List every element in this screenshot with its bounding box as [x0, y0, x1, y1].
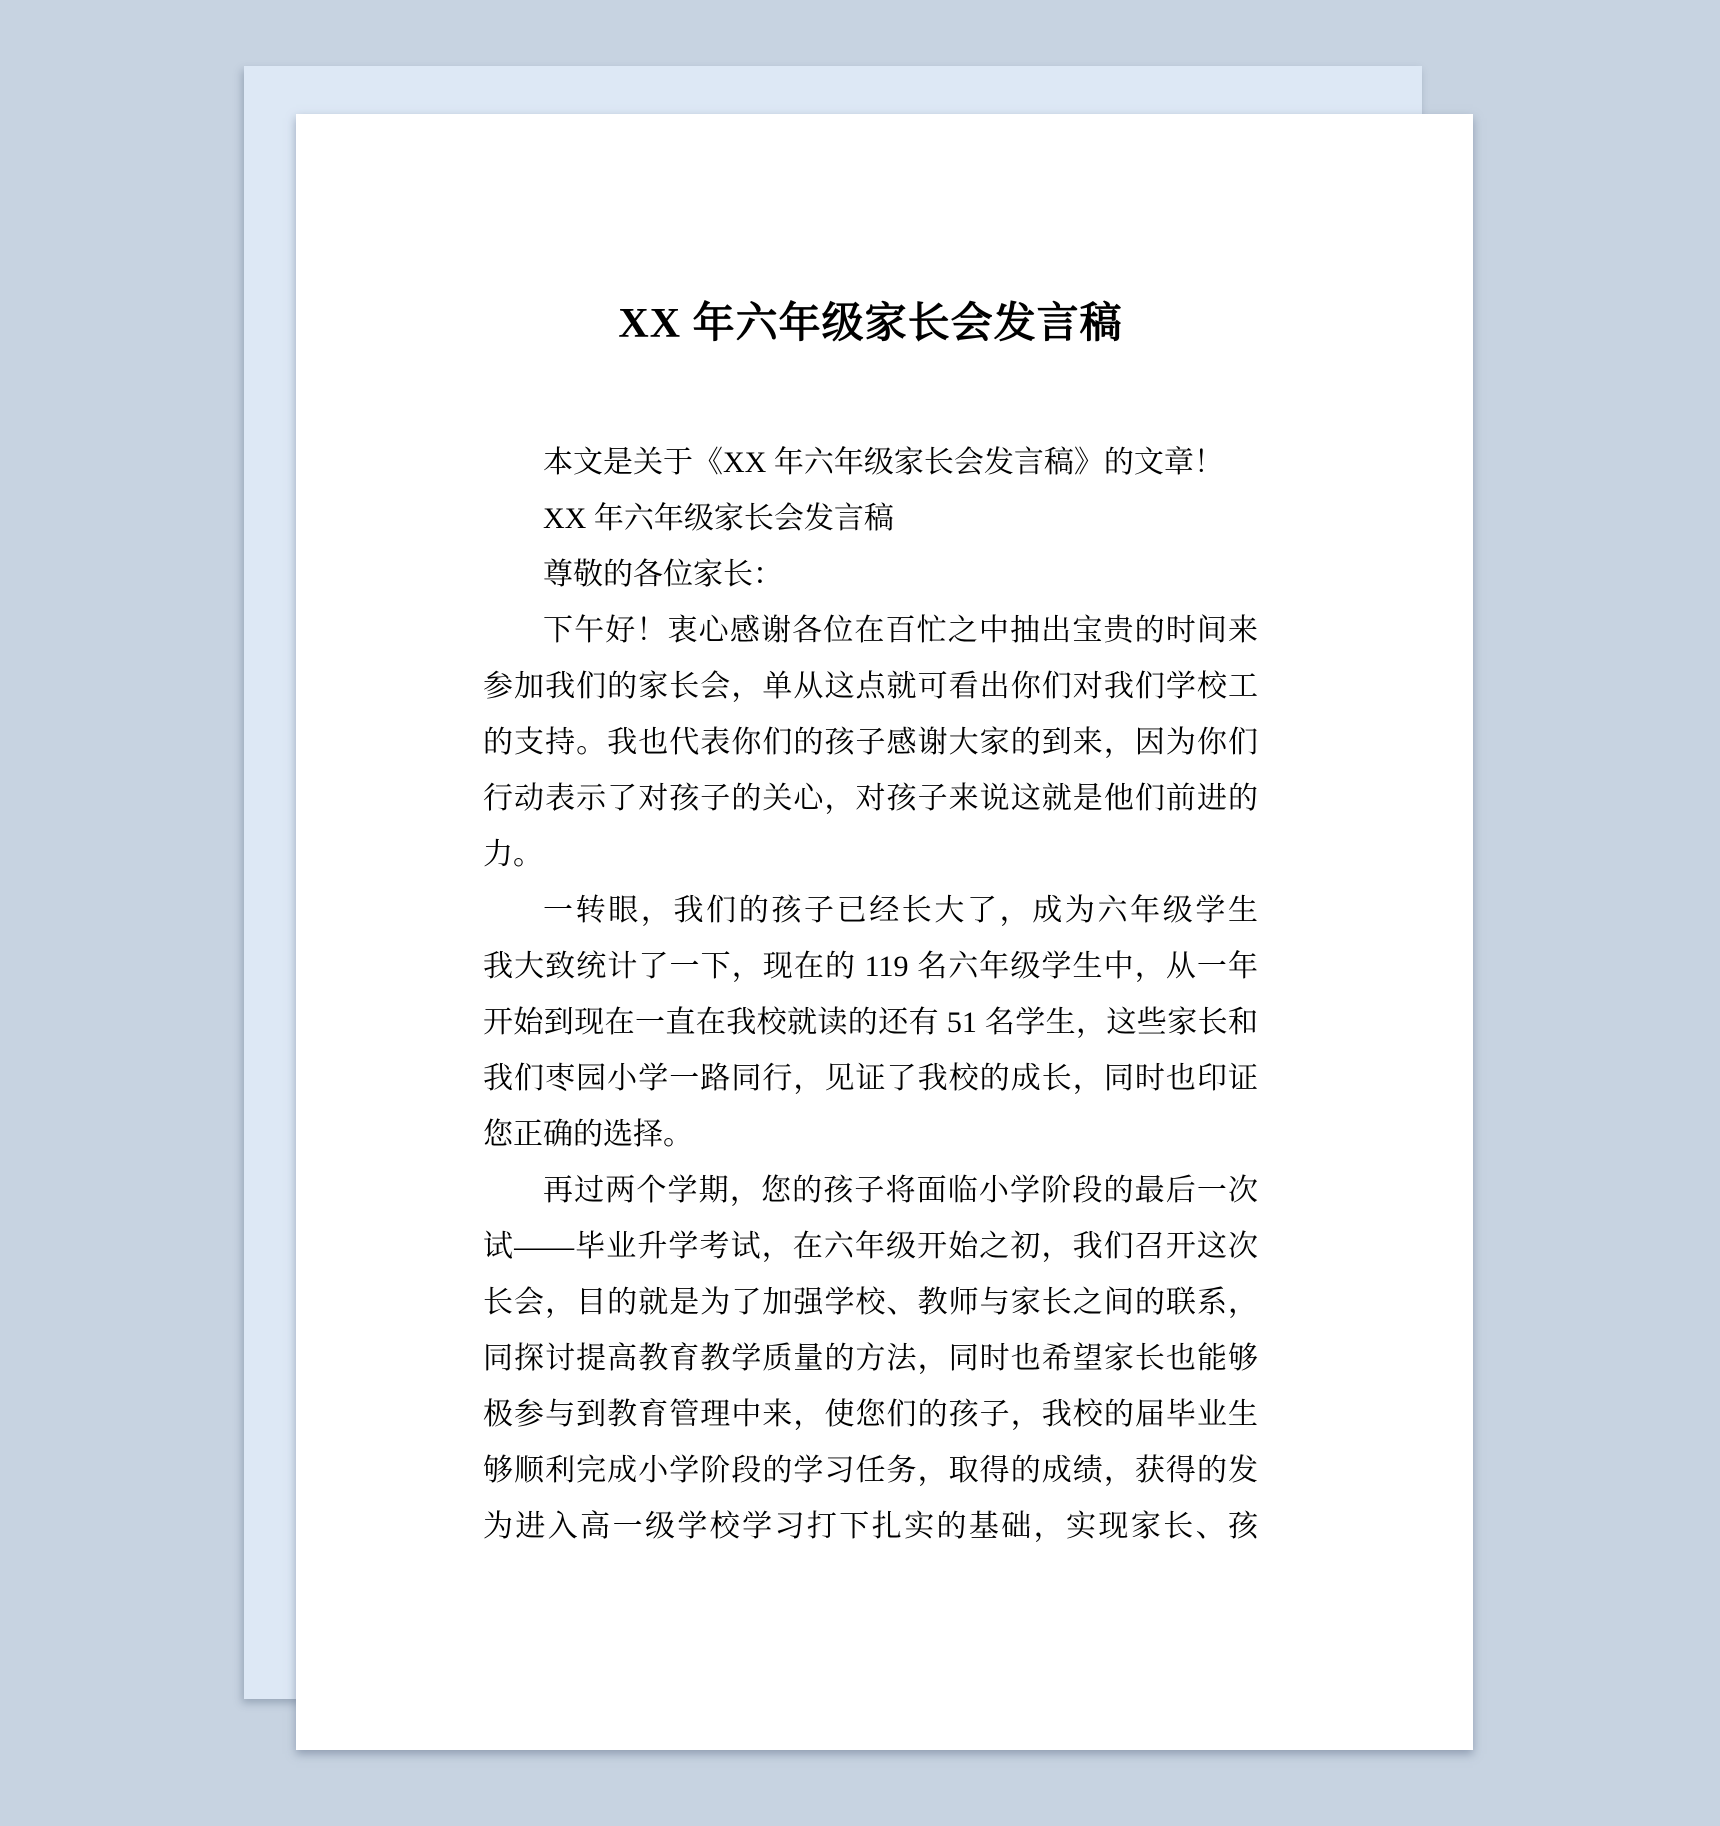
doc-line: 再过两个学期，您的孩子将面临小学阶段的最后一次考: [483, 1163, 1258, 1219]
doc-line: 下午好！衷心感谢各位在百忙之中抽出宝贵的时间来: [483, 603, 1258, 659]
doc-line: 力。: [483, 827, 1258, 883]
document-title: XX 年六年级家长会发言稿: [483, 299, 1258, 349]
doc-line: 的支持。我也代表你们的孩子感谢大家的到来，因为你们用: [483, 715, 1258, 771]
doc-line: 开始到现在一直在我校就读的还有 51 名学生，这些家长和: [483, 995, 1258, 1051]
doc-line: 参加我们的家长会，单从这点就可看出你们对我们学校工作: [483, 659, 1258, 715]
doc-line: 我们枣园小学一路同行，见证了我校的成长，同时也印证了: [483, 1051, 1258, 1107]
doc-line: 长会，目的就是为了加强学校、教师与家长之间的联系，共: [483, 1275, 1258, 1331]
doc-line: 我大致统计了一下，现在的 119 名六年级学生中，从一年级: [483, 939, 1258, 995]
document-page: XX 年六年级家长会发言稿 本文是关于《XX 年六年级家长会发言稿》的文章！ X…: [296, 114, 1473, 1750]
doc-line: 行动表示了对孩子的关心，对孩子来说这就是他们前进的动: [483, 771, 1258, 827]
doc-line: 为进入高一级学校学习打下扎实的基础，实现家长、孩子、: [483, 1499, 1258, 1555]
doc-line: XX 年六年级家长会发言稿: [483, 491, 1258, 547]
doc-line: 您正确的选择。: [483, 1107, 1258, 1163]
doc-line: 尊敬的各位家长：: [483, 547, 1258, 603]
doc-line: 够顺利完成小学阶段的学习任务，取得的成绩，获得的发展，: [483, 1443, 1258, 1499]
doc-line: 同探讨提高教育教学质量的方法，同时也希望家长也能够积: [483, 1331, 1258, 1387]
doc-line: 极参与到教育管理中来，使您们的孩子，我校的届毕业生能: [483, 1387, 1258, 1443]
doc-line: 本文是关于《XX 年六年级家长会发言稿》的文章！: [483, 435, 1258, 491]
doc-line: 试——毕业升学考试，在六年级开始之初，我们召开这次家: [483, 1219, 1258, 1275]
doc-line: 一转眼，我们的孩子已经长大了，成为六年级学生了，: [483, 883, 1258, 939]
